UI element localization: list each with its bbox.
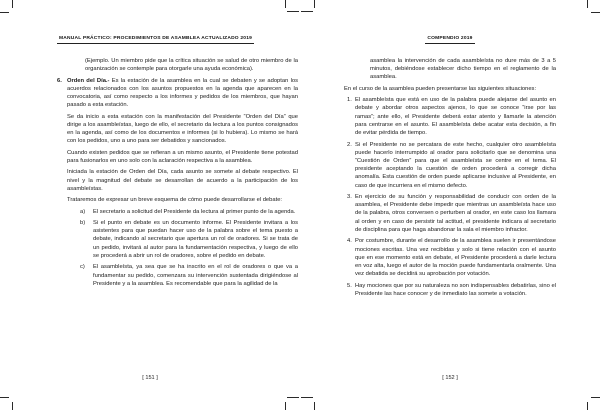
crop-mark-bottom-right-v [587,402,588,410]
crop-mark-top-left-v [12,0,13,8]
continuation-paragraph: asamblea la intervención de cada asamble… [370,57,556,82]
numbered-item-3-marker: 3. [344,193,355,234]
crop-mark-bottom-left-v [12,402,13,410]
numbered-item-3-text: En ejercicio de su función y responsabil… [355,193,556,234]
crop-mark-bottom-center-left-v [285,402,286,410]
lettered-item-c-marker: c) [80,263,93,288]
paragraph: Cuando existen pedidos que se refieran a… [67,149,298,165]
lettered-item-c: c) El asambleísta, ya sea que se ha insc… [80,263,298,288]
page-left: MANUAL PRÁCTICO: PROCEDIMIENTOS DE ASAMB… [57,26,298,291]
page-number-right: [ 152 ] [300,375,600,381]
crop-mark-top-right-h [591,12,600,13]
numbered-item-4: 4. Por costumbre, durante el desarrollo … [344,237,556,278]
lettered-item-a: a) El secretario a solicitud del Preside… [80,208,298,216]
crop-mark-bottom-center-left-h [287,397,299,398]
page-number-left: [ 151 ] [0,375,300,381]
numbered-item-4-text: Por costumbre, durante el desarrollo de … [355,237,556,278]
numbered-item-2: 2. Si el Presidente no se percatara de e… [344,141,556,190]
numbered-item-1-text: El asambleísta que está en uso de la pal… [355,96,556,137]
lettered-item-c-text: El asambleísta, ya sea que se ha inscrit… [93,263,298,288]
crop-mark-bottom-center-right-h [301,397,313,398]
paragraph: Trataremos de expresar un breve esquema … [67,196,298,204]
crop-mark-top-left-h [0,12,9,13]
lettered-item-b-text: Si el punto en debate es un documento in… [93,219,298,260]
crop-mark-bottom-center-right-v [314,402,315,410]
example-paragraph: (Ejemplo. Un miembro pide que la crítica… [85,57,298,73]
numbered-item-5: 5. Hay mociones que por su naturaleza no… [344,282,556,298]
numbered-item-2-marker: 2. [344,141,355,190]
numbered-item-4-marker: 4. [344,237,355,278]
lettered-item-b: b) Si el punto en debate es un documento… [80,219,298,260]
document-spread: MANUAL PRÁCTICO: PROCEDIMIENTOS DE ASAMB… [0,0,600,410]
lettered-item-a-marker: a) [80,208,93,216]
lettered-item-b-marker: b) [80,219,93,260]
page-right-body: asamblea la intervención de cada asamble… [344,57,556,298]
paragraph: Iniciada la estación de Orden del Día, c… [67,168,298,193]
page-right: COMPENDIO 2019 asamblea la intervención … [344,26,556,301]
item-6-lead: Orden del Día.- [67,78,109,84]
running-head-right: COMPENDIO 2019 [425,36,474,44]
crop-mark-top-right-v [587,0,588,8]
numbered-item-5-text: Hay mociones que por su naturaleza no so… [355,282,556,298]
page-left-body: (Ejemplo. Un miembro pide que la crítica… [57,57,298,288]
intro-paragraph: En el curso de la asamblea pueden presen… [344,85,556,93]
paragraph: Se da inicio a esta estación con la mani… [67,113,298,146]
numbered-item-3: 3. En ejercicio de su función y responsa… [344,193,556,234]
numbered-item-2-text: Si el Presidente no se percatara de este… [355,141,556,190]
crop-mark-bottom-left-h [0,397,9,398]
numbered-item-1: 1. El asambleísta que está en uso de la … [344,96,556,137]
item-6-marker: 6. [57,77,67,110]
lettered-item-a-text: El secretario a solicitud del Presidente… [93,208,298,216]
numbered-item-5-marker: 5. [344,282,355,298]
crop-mark-top-center-right-h [301,11,313,12]
numbered-item-1-marker: 1. [344,96,355,137]
crop-mark-top-center-left-v [285,0,286,8]
agenda-item-6: 6. Orden del Día.- Es la estación de la … [57,77,298,110]
running-head-right-row: COMPENDIO 2019 [344,26,556,44]
crop-mark-top-center-left-h [287,11,299,12]
running-head-left: MANUAL PRÁCTICO: PROCEDIMIENTOS DE ASAMB… [57,36,254,44]
running-head-left-row: MANUAL PRÁCTICO: PROCEDIMIENTOS DE ASAMB… [57,26,298,44]
item-6-text: Orden del Día.- Es la estación de la asa… [67,77,298,110]
crop-mark-top-center-right-v [314,0,315,8]
crop-mark-bottom-right-h [591,397,600,398]
